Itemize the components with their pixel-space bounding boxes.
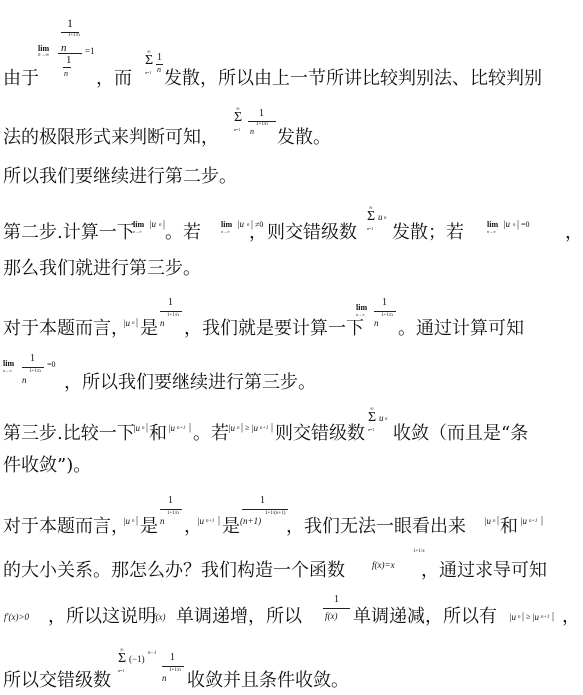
- exponent: 1+1/n: [29, 369, 41, 374]
- abs-bar: |: [136, 317, 138, 328]
- subscript: n+1: [541, 615, 549, 620]
- subscript: n: [237, 426, 240, 431]
- lim: lim: [38, 44, 49, 53]
- one: 1: [382, 297, 387, 308]
- exponent: 1+1/n: [68, 33, 80, 38]
- text: ，所以我们要继续进行第三步。: [64, 372, 316, 393]
- paragraph-1-line-2: 法的极限形式来判断可知，: [3, 127, 219, 149]
- paragraph-4-line-2: ，所以我们要继续进行第三步。: [64, 372, 316, 394]
- exponent: n−1: [148, 651, 156, 656]
- paragraph-3-line-1-b: 。若: [165, 222, 201, 244]
- fraction-bar: [323, 608, 350, 609]
- subscript: n: [384, 216, 387, 221]
- fraction-bar: [242, 509, 288, 510]
- lim: lim: [356, 303, 367, 312]
- n: n: [22, 375, 27, 385]
- fx-equals: f(x)=x: [372, 560, 395, 570]
- text: 和: [149, 423, 167, 444]
- text: 是: [140, 318, 158, 339]
- text: 则交错级数: [275, 423, 365, 444]
- paragraph-5-line-1: 第三步.比较一下: [3, 423, 135, 445]
- abs-u: |u: [123, 318, 130, 328]
- paragraph-6-line-4-b: 收敛并且条件收敛。: [187, 670, 349, 692]
- n: n: [160, 516, 165, 526]
- abs-u: |u: [197, 516, 204, 526]
- subscript: n: [159, 223, 162, 228]
- exponent: 1+1/n: [167, 313, 179, 318]
- sigma: Σ: [145, 53, 153, 69]
- subscript: n: [142, 426, 145, 431]
- text: 第三步.比较一下: [3, 423, 135, 444]
- one: 1: [30, 353, 35, 364]
- one: 1: [66, 54, 72, 66]
- n: n: [250, 127, 254, 136]
- one: 1: [260, 495, 265, 506]
- one: 1: [168, 495, 173, 506]
- paragraph-1-line-1-tail: 发散，所以由上一节所讲比较判别法、比较判别: [164, 68, 542, 90]
- text: 由于: [3, 68, 39, 89]
- paragraph-6-line-1-f: 和: [500, 516, 518, 538]
- subscript: n+1: [529, 519, 537, 524]
- abs-u: |u: [520, 516, 527, 526]
- text: 。若: [165, 222, 201, 243]
- sum-lower: n=1: [234, 127, 240, 132]
- abs-bar: |: [497, 515, 499, 526]
- text: 那么我们就进行第三步。: [3, 258, 201, 279]
- paragraph-5-line-1-d: 则交错级数: [275, 423, 365, 445]
- abs-u: |u: [251, 423, 258, 433]
- text: 发散；若: [392, 222, 464, 243]
- exponent: 1+1/n: [169, 668, 181, 673]
- sigma: Σ: [234, 110, 242, 126]
- n: n: [162, 673, 167, 683]
- subscript: n: [513, 223, 516, 228]
- minus-one: (−1): [129, 654, 145, 664]
- abs-u: |u: [503, 219, 510, 229]
- exponent: 1+1/n: [256, 122, 268, 127]
- text: ，: [565, 222, 583, 243]
- subscript: n+1: [177, 426, 185, 431]
- lim: lim: [221, 220, 232, 229]
- one: 1: [170, 652, 175, 663]
- text: 所以交错级数: [3, 670, 111, 691]
- one: 1: [157, 52, 162, 63]
- fraction-bar: [162, 666, 184, 667]
- text: 对于本题而言，: [3, 516, 129, 537]
- n: n: [64, 69, 68, 78]
- exponent: 1+1/(n+1): [265, 511, 285, 516]
- sigma: Σ: [118, 651, 126, 667]
- paragraph-4-line-1: 对于本题而言，: [3, 318, 129, 340]
- paragraph-3-line-1-c: ，则交错级数: [249, 222, 357, 244]
- paragraph-5-line-1-e: 收敛（而且是“条: [393, 423, 528, 445]
- abs-bar: |: [517, 219, 519, 230]
- text: ，我们就是要计算一下: [184, 318, 364, 339]
- paragraph-6-line-1: 对于本题而言，: [3, 516, 129, 538]
- lim: lim: [3, 359, 14, 368]
- lim-subscript: n→∞: [133, 229, 142, 234]
- lim-subscript: n→∞: [38, 53, 49, 58]
- paragraph-4-line-1-b: 是: [140, 318, 158, 340]
- text: 发散。: [277, 127, 331, 148]
- subscript: n: [132, 519, 135, 524]
- text: 法的极限形式来判断可知，: [3, 127, 219, 148]
- exponent: 1+1/x: [413, 549, 425, 554]
- abs-bar: |: [552, 611, 554, 622]
- lim-subscript: n→∞: [487, 229, 496, 234]
- numerator-one: 1: [67, 16, 73, 31]
- ge: ≥: [526, 612, 530, 621]
- subscript: n: [385, 417, 388, 422]
- fraction-bar: [160, 311, 182, 312]
- subscript: n: [493, 519, 496, 524]
- exponent: 1+1/n: [381, 313, 393, 318]
- abs-u: |u: [484, 516, 491, 526]
- lim: lim: [487, 220, 498, 229]
- sum-lower: n=1: [145, 70, 151, 75]
- text: 所以我们要继续进行第二步。: [3, 166, 237, 187]
- subscript: n+1: [206, 519, 214, 524]
- subscript: n: [518, 615, 521, 620]
- paragraph-6-line-1-e: ，我们无法一眼看出来: [286, 516, 466, 538]
- abs-bar: |: [146, 422, 148, 433]
- abs-bar: |: [241, 422, 243, 433]
- fraction-bar: [160, 509, 182, 510]
- abs-u: |u: [149, 219, 156, 229]
- text: 件收敛”)。: [3, 455, 91, 476]
- abs-bar: |: [271, 422, 273, 433]
- n-plus-1: (n+1): [240, 516, 261, 526]
- abs-u: |u: [168, 423, 175, 433]
- one: 1: [259, 108, 264, 119]
- equals-one: =1: [85, 46, 95, 56]
- abs-u: |u: [228, 423, 235, 433]
- paragraph-1-line-1-rest: ，而: [96, 68, 132, 90]
- paragraph-6-line-3-d: ，: [562, 606, 580, 628]
- abs-bar: |: [218, 515, 220, 526]
- paragraph-6-line-3-b: 单调递增，所以: [176, 606, 302, 628]
- one: 1: [334, 594, 339, 605]
- paragraph-1-line-1: 由于: [3, 68, 39, 90]
- text: ，通过求导可知: [421, 560, 547, 581]
- abs-bar: |: [541, 515, 543, 526]
- text: 是: [140, 516, 158, 537]
- sigma: Σ: [368, 410, 376, 426]
- formula-fprime-gt0: f′(x)>0: [4, 612, 29, 622]
- abs-u: |u: [123, 516, 130, 526]
- sum-lower: n=1: [368, 427, 374, 432]
- fraction-bar: [374, 311, 396, 312]
- text: 和: [500, 516, 518, 537]
- exponent: 1+1/n: [167, 511, 179, 516]
- abs-u: |u: [532, 612, 539, 622]
- ge: ≥: [245, 423, 249, 432]
- text: ，而: [96, 68, 132, 89]
- lim-subscript: n→∞: [3, 368, 12, 373]
- paragraph-4-line-1-c: ，我们就是要计算一下: [184, 318, 364, 340]
- text: 是: [222, 516, 240, 537]
- fx: f(x): [325, 611, 338, 621]
- lim: lim: [133, 220, 144, 229]
- text: 对于本题而言，: [3, 318, 129, 339]
- text: 。若: [193, 423, 229, 444]
- paragraph-3-line-1-d: 发散；若: [392, 222, 464, 244]
- text: 。通过计算可知: [398, 318, 524, 339]
- n: n: [374, 318, 379, 328]
- sum-lower: n=1: [367, 226, 373, 231]
- text: 收敛（而且是“条: [393, 423, 528, 444]
- subscript: n: [132, 321, 135, 326]
- paragraph-4-line-1-d: 。通过计算可知: [398, 318, 524, 340]
- eq-zero: =0: [521, 220, 530, 229]
- eq-zero: =0: [47, 360, 56, 369]
- lim-subscript: n→∞: [221, 229, 230, 234]
- n: n: [157, 65, 161, 74]
- paragraph-3-line-1-e: ，: [565, 222, 583, 244]
- fx: f(x): [153, 612, 166, 622]
- paragraph-6-line-1-d: 是: [222, 516, 240, 538]
- text: ，则交错级数: [249, 222, 357, 243]
- paragraph-1-line-2-tail: 发散。: [277, 127, 331, 149]
- paragraph-5-line-2: 件收敛”)。: [3, 455, 91, 477]
- paragraph-5-line-1-c: 。若: [193, 423, 229, 445]
- text: 第二步.计算一下: [3, 222, 135, 243]
- paragraph-6-line-3: ，所以这说明: [48, 606, 156, 628]
- paragraph-6-line-2-b: ，通过求导可知: [421, 560, 547, 582]
- abs-u: |u: [509, 612, 516, 622]
- paragraph-3-line-2: 那么我们就进行第三步。: [3, 258, 201, 280]
- fprime-gt-zero: f′(x)>0: [4, 612, 29, 622]
- text: 单调递增，所以: [176, 606, 302, 627]
- abs-bar: |: [136, 515, 138, 526]
- formula-fx: f(x): [153, 612, 166, 622]
- text: 收敛并且条件收敛。: [187, 670, 349, 691]
- text: ，我们无法一眼看出来: [286, 516, 466, 537]
- n: n: [160, 318, 165, 328]
- paragraph-6-line-3-c: 单调递减，所以有: [353, 606, 497, 628]
- text: ，所以这说明: [48, 606, 156, 627]
- text: 的大小关系。那怎么办？我们构造一个函数: [3, 560, 345, 581]
- abs-u: |u: [133, 423, 140, 433]
- paragraph-2: 所以我们要继续进行第二步。: [3, 166, 237, 188]
- fraction-bar: [63, 67, 71, 68]
- lim-subscript: n→∞: [356, 312, 365, 317]
- fraction-bar: [22, 367, 44, 368]
- text: ，: [562, 606, 580, 627]
- text: 发散，所以由上一节所讲比较判别法、比较判别: [164, 68, 542, 89]
- one: 1: [168, 297, 173, 308]
- sigma: Σ: [367, 209, 375, 225]
- abs-bar: |: [522, 611, 524, 622]
- u: u: [379, 413, 384, 423]
- paragraph-6-line-1-b: 是: [140, 516, 158, 538]
- text: 单调递减，所以有: [353, 606, 497, 627]
- abs-bar: |: [189, 422, 191, 433]
- paragraph-5-line-1-b: 和: [149, 423, 167, 445]
- u: u: [378, 212, 383, 222]
- paragraph-6-line-4: 所以交错级数: [3, 670, 111, 692]
- subscript: n+1: [260, 426, 268, 431]
- sum-lower: n=1: [118, 668, 124, 673]
- paragraph-6-line-2: 的大小关系。那怎么办？我们构造一个函数: [3, 560, 345, 582]
- paragraph-3-line-1: 第二步.计算一下: [3, 222, 135, 244]
- abs-u: |u: [237, 219, 244, 229]
